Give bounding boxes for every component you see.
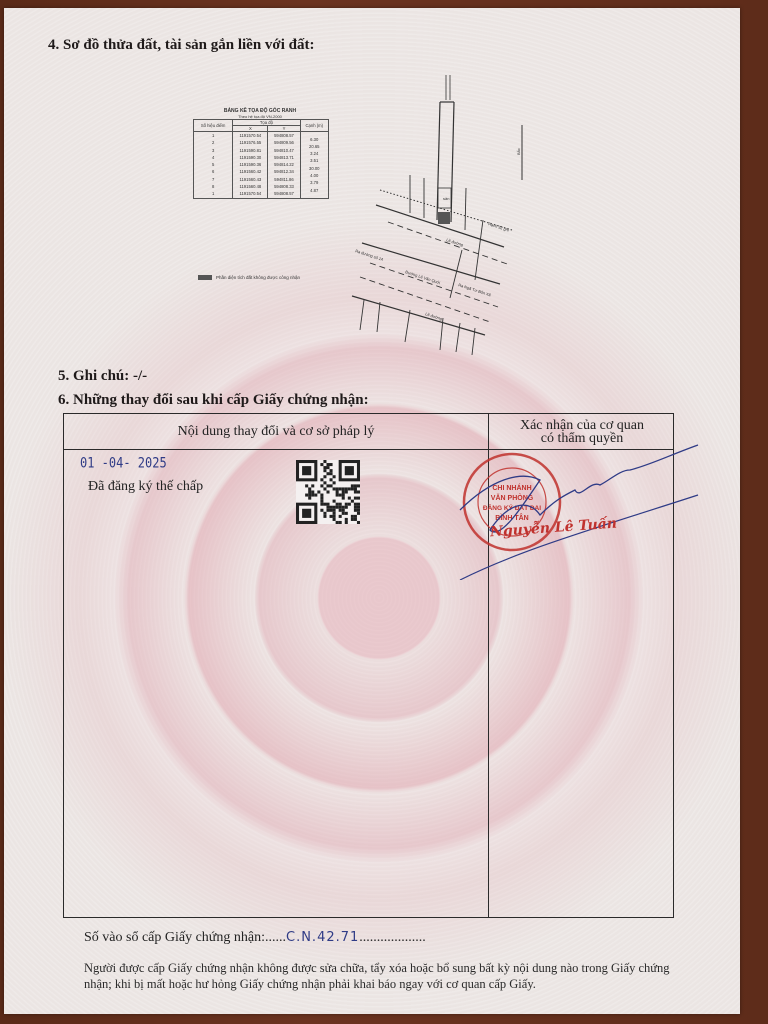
coordinate-cell-y: 594813.71 — [268, 154, 300, 161]
coordinate-cell-point: 4 — [194, 154, 233, 161]
coordinate-cell-y: 594811.86 — [268, 176, 300, 183]
parcel-label: sân — [443, 196, 449, 201]
coordinate-cell-x: 1191560.48 — [233, 183, 268, 190]
coordinate-cell-y: 594814.22 — [268, 161, 300, 168]
edge-length-cell: 6.30 — [300, 135, 328, 143]
coordinate-cell-x: 1191560.42 — [233, 168, 268, 175]
north-label: Bắc — [516, 148, 521, 155]
registry-label: Số vào sổ cấp Giấy chứng nhận: — [84, 930, 265, 945]
registry-line: Số vào sổ cấp Giấy chứng nhận:......C.N.… — [84, 930, 426, 946]
signature — [430, 440, 700, 580]
section-5-heading: 5. Ghi chú: -/- — [58, 368, 147, 385]
coordinate-cell-x: 1191570.54 — [233, 132, 268, 140]
coordinate-cell-y: 594812.34 — [268, 168, 300, 175]
coordinate-cell-point: 1 — [194, 190, 233, 198]
coordinate-cell-point: 6 — [194, 168, 233, 175]
qr-code — [296, 460, 360, 524]
edge-length-cell: 4.00 — [300, 172, 328, 179]
notice-text: Người được cấp Giấy chứng nhận không đượ… — [84, 960, 684, 992]
coordinate-cell-y: 594808.57 — [268, 132, 300, 140]
legend-swatch — [198, 275, 212, 280]
coordinate-table: BẢNG KÊ TỌA ĐỘ GÓC RANH Theo hệ tọa độ V… — [190, 108, 330, 199]
edge-length-cell: 30.00 — [300, 165, 328, 172]
coordinate-cell-y: 594810.47 — [268, 147, 300, 154]
street-label: Ra đường số 14 — [355, 248, 385, 262]
coordinate-cell-point: 7 — [194, 176, 233, 183]
unrecognized-area — [438, 212, 450, 224]
coordinate-cell-point: 2 — [194, 139, 233, 146]
entry-content: Đã đăng ký thế chấp — [88, 479, 203, 495]
edge-length-cell: 3.51 — [300, 157, 328, 164]
edge-length-cell: 3.24 — [300, 150, 328, 157]
map-legend: Phần diện tích đất không được công nhận — [198, 275, 300, 280]
registry-dots: ...... — [265, 930, 286, 945]
coordinate-cell-x: 1191570.54 — [233, 190, 268, 198]
coordinate-cell-x: 1191590.81 — [233, 147, 268, 154]
parcel-map: sân Lề đường Đường Lê Văn Quới Ra đường … — [350, 70, 550, 355]
coordinate-cell-point: 1 — [194, 132, 233, 140]
edge-length-cell: 3.79 — [300, 179, 328, 186]
edge-length-cell: 20.65 — [300, 143, 328, 150]
coordinate-cell-x: 1191576.55 — [233, 139, 268, 146]
section-6-heading: 6. Những thay đổi sau khi cấp Giấy chứng… — [58, 392, 369, 409]
coordinate-cell-point: 3 — [194, 147, 233, 154]
header-edge: Cạnh (m) — [300, 120, 328, 132]
coordinate-cell-x: 1191590.30 — [233, 154, 268, 161]
entry-date-stamp: 01 -04- 2025 — [80, 455, 167, 471]
coordinate-cell-x: 1191590.36 — [233, 161, 268, 168]
edge-length-cell — [300, 194, 328, 202]
header-content-changes: Nội dung thay đổi và cơ sở pháp lý — [64, 414, 488, 450]
street-label: Ra Ngã Tư Bốn Xã — [458, 282, 493, 297]
coordinate-cell-x: 1191560.43 — [233, 176, 268, 183]
coordinate-cell-y: 594808.57 — [268, 190, 300, 198]
section-4-heading: 4. Sơ đồ thửa đất, tài sản gắn liền với … — [48, 37, 315, 54]
legend-label: Phần diện tích đất không được công nhận — [216, 275, 300, 280]
registry-dots: ................... — [359, 930, 426, 945]
coordinate-cell-y: 594808.33 — [268, 183, 300, 190]
street-label: Rạch 32 ghi — [488, 221, 510, 232]
coordinate-row: 11191570.54594808.576.30 — [194, 132, 329, 140]
coordinate-cell-point: 5 — [194, 161, 233, 168]
registry-number: C.N.42.71 — [286, 930, 359, 945]
header-point-no: Số hiệu điểm — [194, 120, 233, 132]
edge-length-cell: 4.87 — [300, 187, 328, 194]
coordinate-cell-point: 8 — [194, 183, 233, 190]
coordinate-cell-y: 594809.56 — [268, 139, 300, 146]
